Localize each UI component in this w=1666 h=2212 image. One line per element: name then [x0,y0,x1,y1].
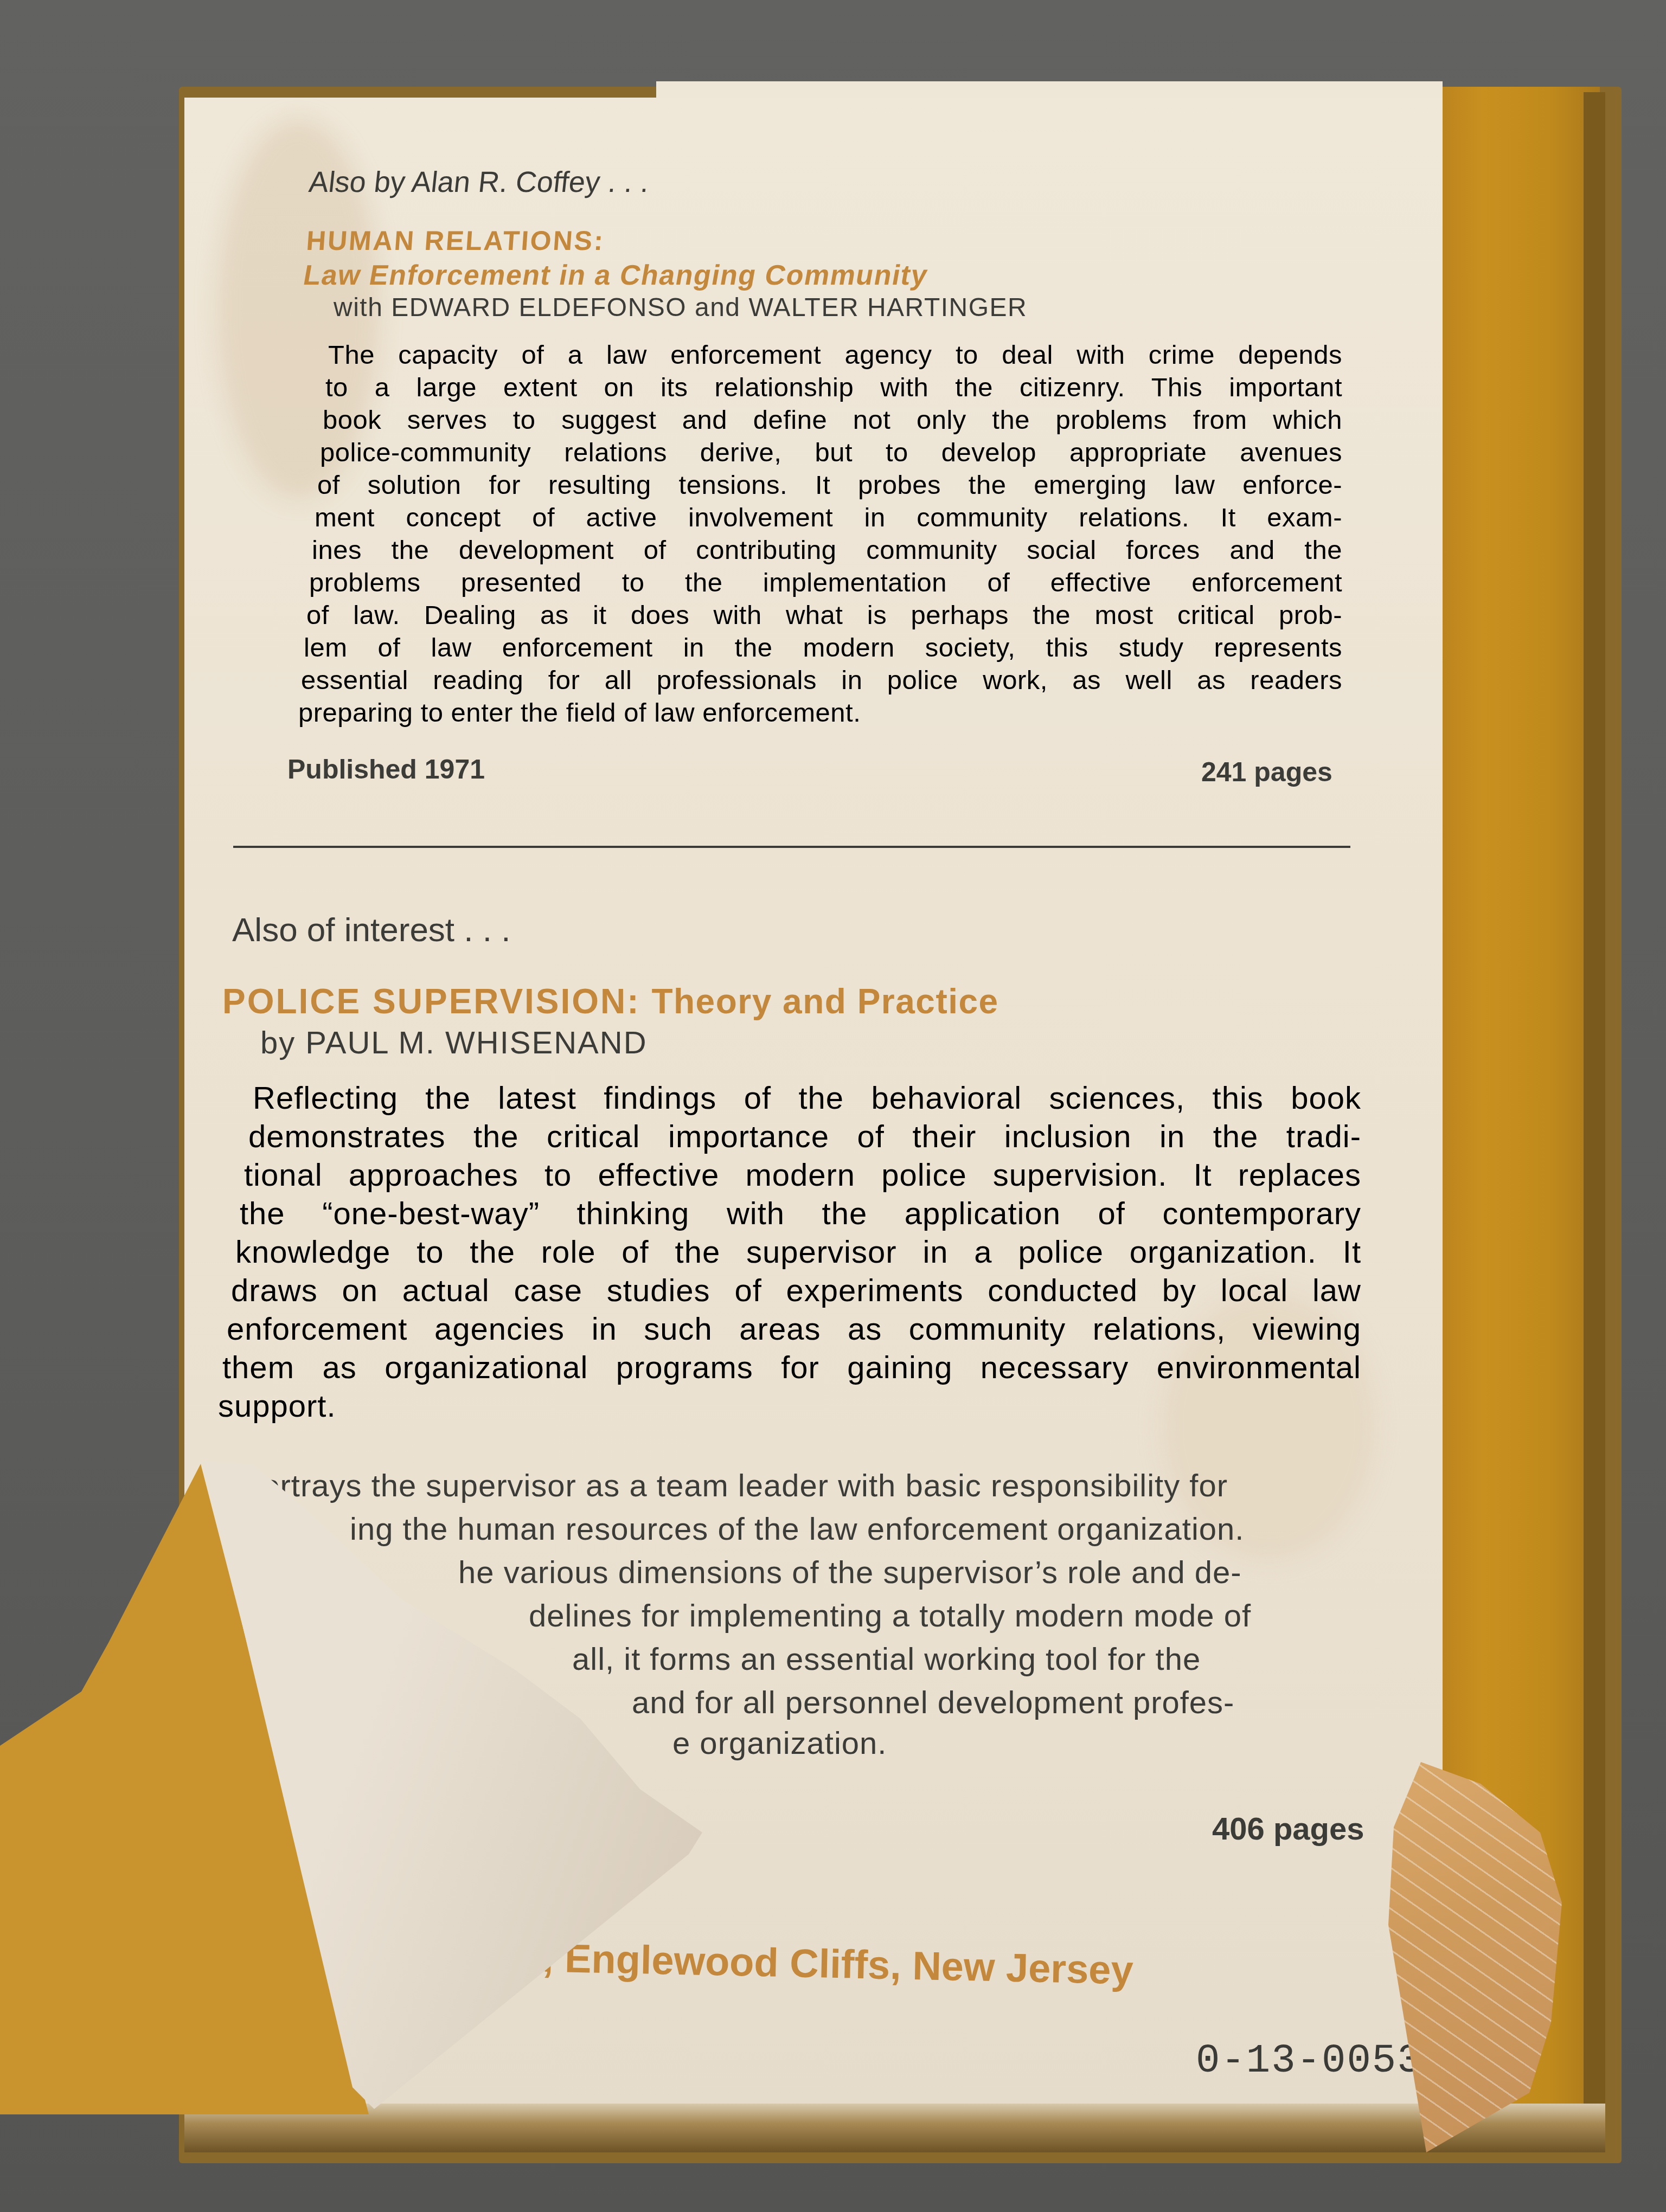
book2-description-paragraph1: Reflecting the latest findings of the be… [217,1079,1361,1425]
description-line: support. [217,1387,1361,1425]
book2-para2-line: e organization. [672,1724,887,1763]
book2-author: by PAUL M. WHISENAND [260,1025,648,1061]
book1-page-count: 241 pages [1201,756,1332,788]
description-line: ines the development of contributing com… [296,534,1342,567]
description-line: essential reading for all professionals … [296,664,1342,697]
spine-edge [1584,92,1605,2120]
section-divider [233,846,1350,848]
isbn-number: 0-13-0053 [1196,2039,1422,2084]
book2-para2-line: all, it forms an essential working tool … [572,1640,1201,1679]
book2-title-subtitle: Theory and Practice [651,982,998,1021]
description-line: police-community relations derive, but t… [296,436,1342,469]
description-line: Reflecting the latest findings of the be… [217,1079,1361,1117]
description-line: of solution for resulting tensions. It p… [296,469,1342,501]
book1-title-line1: HUMAN RELATIONS: [305,225,606,256]
section1-intro: Also by Alan R. Coffey . . . [307,165,651,199]
description-line: the “one-best-way” thinking with the app… [217,1194,1361,1233]
book2-title-primary: POLICE SUPERVISION: [222,982,640,1021]
book2-para2-line: ing the human resources of the law enfor… [350,1510,1244,1548]
description-line: demonstrates the critical importance of … [217,1117,1361,1156]
book2-para2-line: and for all personnel development profes… [632,1683,1234,1722]
section2-intro: Also of interest . . . [232,911,510,949]
description-line: enforcement agencies in such areas as co… [217,1310,1361,1348]
description-line: lem of law enforcement in the modern soc… [296,632,1342,664]
book2-para2-line: delines for implementing a totally moder… [529,1597,1251,1635]
book2-page-count: 406 pages [1212,1811,1364,1847]
book1-coauthors: with EDWARD ELDEFONSO and WALTER HARTING… [334,293,1027,323]
book1-published-year: Published 1971 [287,754,485,785]
description-line: draws on actual case studies of experime… [217,1271,1361,1310]
description-line: tional approaches to effective modern po… [217,1156,1361,1194]
description-line: problems presented to the implementation… [296,567,1342,599]
description-line: them as organizational programs for gain… [217,1348,1361,1387]
book2-para2-line: portrays the supervisor as a team leader… [244,1467,1228,1505]
description-line: ment concept of active involvement in co… [296,501,1342,534]
bottom-board-edge [184,2104,1605,2152]
book2-title-main: POLICE SUPERVISION: Theory and Practice [222,981,999,1021]
description-line: to a large extent on its relationship wi… [296,371,1342,404]
description-line: preparing to enter the field of law enfo… [296,697,1342,729]
description-line: of law. Dealing as it does with what is … [296,599,1342,632]
description-line: knowledge to the role of the supervisor … [217,1233,1361,1271]
description-line: The capacity of a law enforcement agency… [296,339,1342,371]
book1-title-line2: Law Enforcement in a Changing Community [301,259,931,292]
book2-para2-line: he various dimensions of the supervisor’… [458,1553,1242,1592]
description-line: book serves to suggest and define not on… [296,404,1342,436]
book1-description: The capacity of a law enforcement agency… [296,339,1342,729]
